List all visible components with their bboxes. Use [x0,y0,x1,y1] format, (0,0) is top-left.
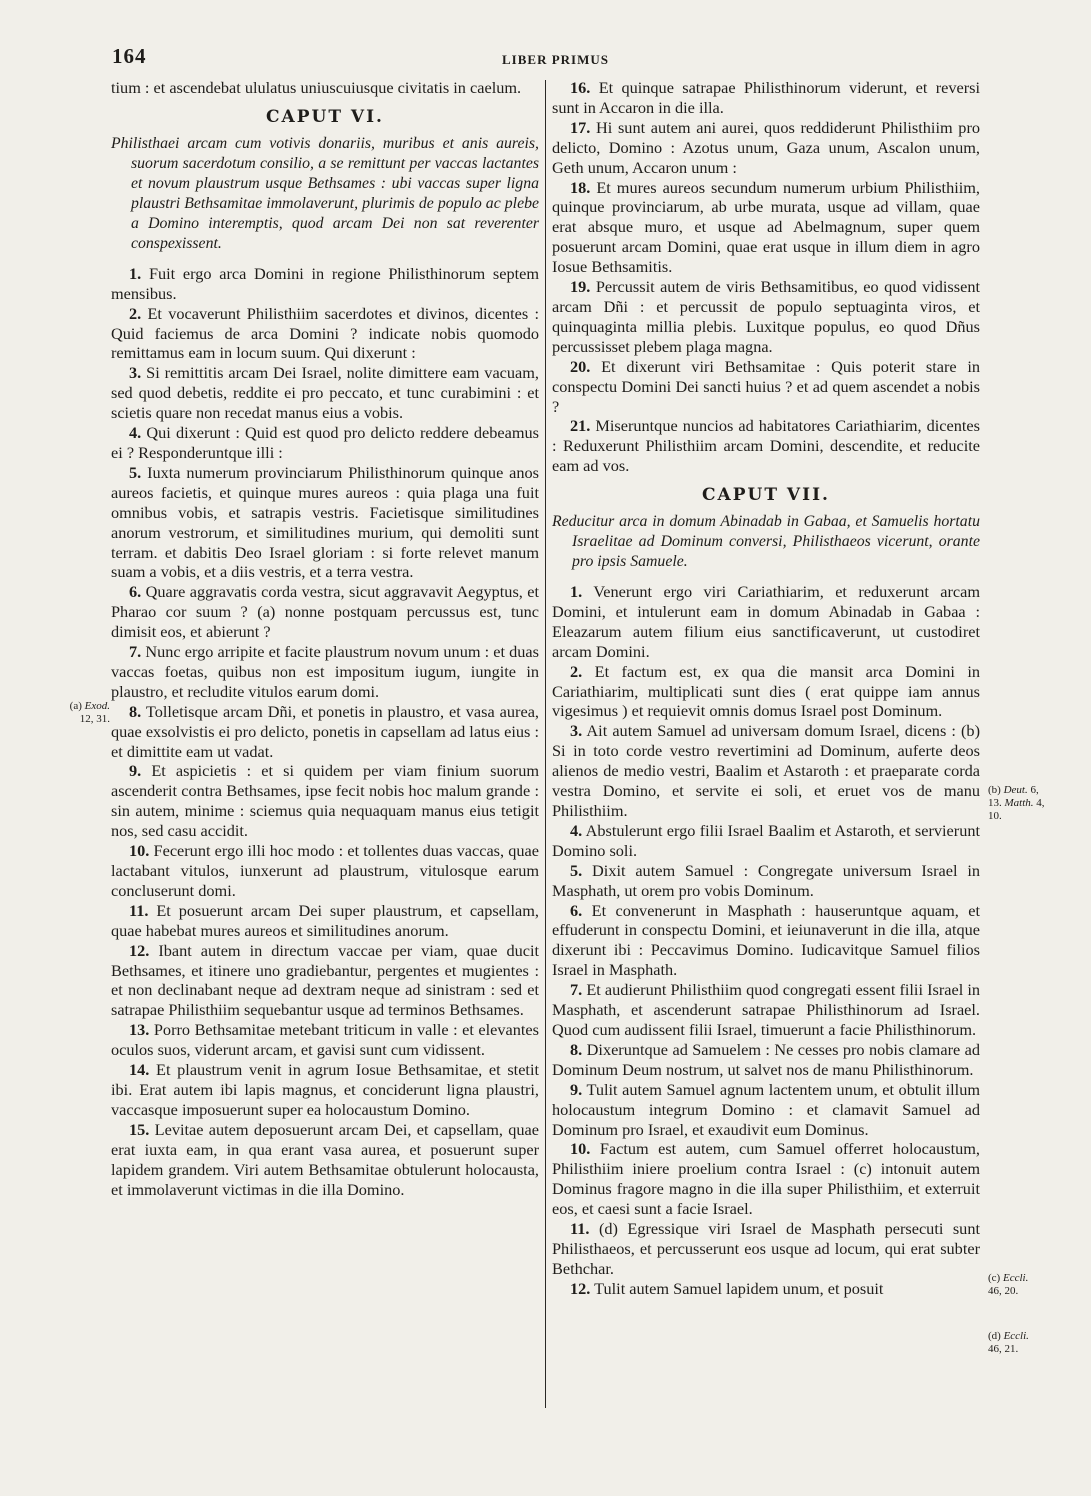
chapter-summary: Philisthaei arcam cum votivis donariis, … [111,134,539,254]
verse: 9. Et aspicietis : et si quidem per viam… [111,761,539,841]
verse: 3. Si remittitis arcam Dei Israel, nolit… [111,363,539,423]
verse: 12. Ibant autem in directum vaccae per v… [111,941,539,1021]
verse-number: 1. [570,582,582,601]
verse-number: 4. [570,821,582,840]
verse: 19. Percussit autem de viris Bethsamitib… [552,277,980,357]
verse-number: 3. [570,721,582,740]
verse-text: Et aspicietis : et si quidem per viam fi… [111,761,539,840]
verse: 20. Et dixerunt viri Bethsamitae : Quis … [552,357,980,417]
verse-number: 1. [129,264,141,283]
verse-number: 14. [129,1060,149,1079]
verse: 7. Et audierunt Philisthiim quod congreg… [552,980,980,1040]
chapter-title: CAPUT VII. [552,486,980,506]
verse-text: Fuit ergo arca Domini in regione Philist… [111,264,539,303]
verse-number: 9. [129,761,141,780]
verse-number: 15. [129,1120,149,1139]
verse-text: Abstulerunt ergo filii Israel Baalim et … [552,821,980,860]
verse: 21. Miseruntque nuncios ad habitatores C… [552,416,980,476]
verse-number: 16. [570,78,590,97]
verse-number: 10. [129,841,149,860]
verse-number: 8. [129,702,141,721]
verse: 4. Abstulerunt ergo filii Israel Baalim … [552,821,980,861]
verse: 6. Quare aggravatis corda vestra, sicut … [111,582,539,642]
margin-note-c: (c) Eccli. 46, 20. [988,1272,1080,1298]
verse-list: 1. Fuit ergo arca Domini in regione Phil… [111,264,539,1200]
verse-number: 2. [129,304,141,323]
verse: 12. Tulit autem Samuel lapidem unum, et … [552,1279,980,1299]
verse-text: Miseruntque nuncios ad habitatores Caria… [552,416,980,475]
verse-number: 18. [570,178,590,197]
verse-number: 7. [570,980,582,999]
verse-text: Ait autem Samuel ad universam domum Isra… [552,721,980,820]
verse-number: 7. [129,642,141,661]
verse: 11. (d) Egressique viri Israel de Maspha… [552,1219,980,1279]
verse: 6. Et convenerunt in Masphath : hauserun… [552,901,980,981]
verse-number: 12. [129,941,149,960]
running-head: LIBER PRIMUS [0,52,1091,68]
left-column: tium : et ascendebat ululatus uniuscuius… [111,78,539,1199]
verse-text: Levitae autem deposuerunt arcam Dei, et … [111,1120,539,1199]
verse: 1. Fuit ergo arca Domini in regione Phil… [111,264,539,304]
verse-text: Et convenerunt in Masphath : hauseruntqu… [552,901,980,980]
verse-text: Percussit autem de viris Bethsamitibus, … [552,277,980,356]
verse-text: Et quinque satrapae Philisthinorum vider… [552,78,980,117]
verse: 5. Dixit autem Samuel : Congregate unive… [552,861,980,901]
right-column: 16. Et quinque satrapae Philisthinorum v… [552,78,980,1299]
verse-number: 10. [570,1139,590,1158]
verse: 8. Tolletisque arcam Dñi, et ponetis in … [111,702,539,762]
verse-text: Nunc ergo arripite et facite plaustrum n… [111,642,539,701]
verse: 10. Factum est autem, cum Samuel offerre… [552,1139,980,1219]
verse: 10. Fecerunt ergo illi hoc modo : et tol… [111,841,539,901]
column-rule [545,80,546,1408]
verse-number: 2. [570,662,582,681]
verse-text: Et posuerunt arcam Dei super plaustrum, … [111,901,539,940]
verse-text: Et dixerunt viri Bethsamitae : Quis pote… [552,357,980,416]
verse-text: Ibant autem in directum vaccae per viam,… [111,941,539,1020]
verse-text: Porro Bethsamitae metebant triticum in v… [111,1020,539,1059]
verse-list: 1. Venerunt ergo viri Cariathiarim, et r… [552,582,980,1299]
verse: 18. Et mures aureos secundum numerum urb… [552,178,980,278]
verse-text: Quare aggravatis corda vestra, sicut agg… [111,582,539,641]
verse: 14. Et plaustrum venit in agrum Iosue Be… [111,1060,539,1120]
verse: 1. Venerunt ergo viri Cariathiarim, et r… [552,582,980,662]
verse-text: Iuxta numerum provinciarum Philisthinoru… [111,463,539,582]
verse-number: 11. [129,901,148,920]
verse-text: Tolletisque arcam Dñi, et ponetis in pla… [111,702,539,761]
verse-text: Dixit autem Samuel : Congregate universu… [552,861,980,900]
verse: 2. Et factum est, ex qua die mansit arca… [552,662,980,722]
verse: 17. Hi sunt autem ani aurei, quos reddid… [552,118,980,178]
verse: 8. Dixeruntque ad Samuelem : Ne cesses p… [552,1040,980,1080]
verse-number: 8. [570,1040,582,1059]
verse-text: Et mures aureos secundum numerum urbium … [552,178,980,277]
verse-text: Et audierunt Philisthiim quod congregati… [552,980,980,1039]
verse-number: 6. [570,901,582,920]
verse-list: 16. Et quinque satrapae Philisthinorum v… [552,78,980,476]
chapter-title: CAPUT VI. [111,108,539,128]
verse-text: Fecerunt ergo illi hoc modo : et tollent… [111,841,539,900]
verse: 4. Qui dixerunt : Quid est quod pro deli… [111,423,539,463]
verse-text: Et factum est, ex qua die mansit arca Do… [552,662,980,721]
verse: 7. Nunc ergo arripite et facite plaustru… [111,642,539,702]
verse-text: Venerunt ergo viri Cariathiarim, et redu… [552,582,980,661]
verse-text: (d) Egressique viri Israel de Masphath p… [552,1219,980,1278]
verse: 2. Et vocaverunt Philisthiim sacerdotes … [111,304,539,364]
verse-text: Hi sunt autem ani aurei, quos reddiderun… [552,118,980,177]
verse-text: Si remittitis arcam Dei Israel, nolite d… [111,363,539,422]
verse-number: 13. [129,1020,149,1039]
verse: 5. Iuxta numerum provinciarum Philisthin… [111,463,539,582]
verse-number: 12. [570,1279,590,1298]
verse: 16. Et quinque satrapae Philisthinorum v… [552,78,980,118]
verse-text: Tulit autem Samuel agnum lactentem unum,… [552,1080,980,1139]
verse-number: 19. [570,277,590,296]
verse-number: 21. [570,416,590,435]
verse-number: 4. [129,423,141,442]
continuation-text: tium : et ascendebat ululatus uniuscuius… [111,78,539,98]
verse-number: 6. [129,582,141,601]
verse-text: Tulit autem Samuel lapidem unum, et posu… [594,1279,883,1298]
verse-text: Et plaustrum venit in agrum Iosue Bethsa… [111,1060,539,1119]
margin-note-a: (a) Exod. 12, 31. [30,700,110,726]
verse-number: 9. [570,1080,582,1099]
verse: 11. Et posuerunt arcam Dei super plaustr… [111,901,539,941]
verse-number: 20. [570,357,590,376]
chapter-summary: Reducitur arca in domum Abinadab in Gaba… [552,512,980,572]
margin-note-b: (b) Deut. 6, 13. Matth. 4, 10. [988,784,1080,823]
verse-text: Factum est autem, cum Samuel offerret ho… [552,1139,980,1218]
verse-text: Et vocaverunt Philisthiim sacerdotes et … [111,304,539,363]
verse-number: 17. [570,118,590,137]
verse-number: 3. [129,363,141,382]
verse: 3. Ait autem Samuel ad universam domum I… [552,721,980,821]
verse-number: 11. [570,1219,589,1238]
verse: 13. Porro Bethsamitae metebant triticum … [111,1020,539,1060]
verse-number: 5. [570,861,582,880]
verse: 15. Levitae autem deposuerunt arcam Dei,… [111,1120,539,1200]
verse-text: Dixeruntque ad Samuelem : Ne cesses pro … [552,1040,980,1079]
margin-note-d: (d) Eccli. 46, 21. [988,1330,1080,1356]
verse: 9. Tulit autem Samuel agnum lactentem un… [552,1080,980,1140]
verse-number: 5. [129,463,141,482]
verse-text: Qui dixerunt : Quid est quod pro delicto… [111,423,539,462]
